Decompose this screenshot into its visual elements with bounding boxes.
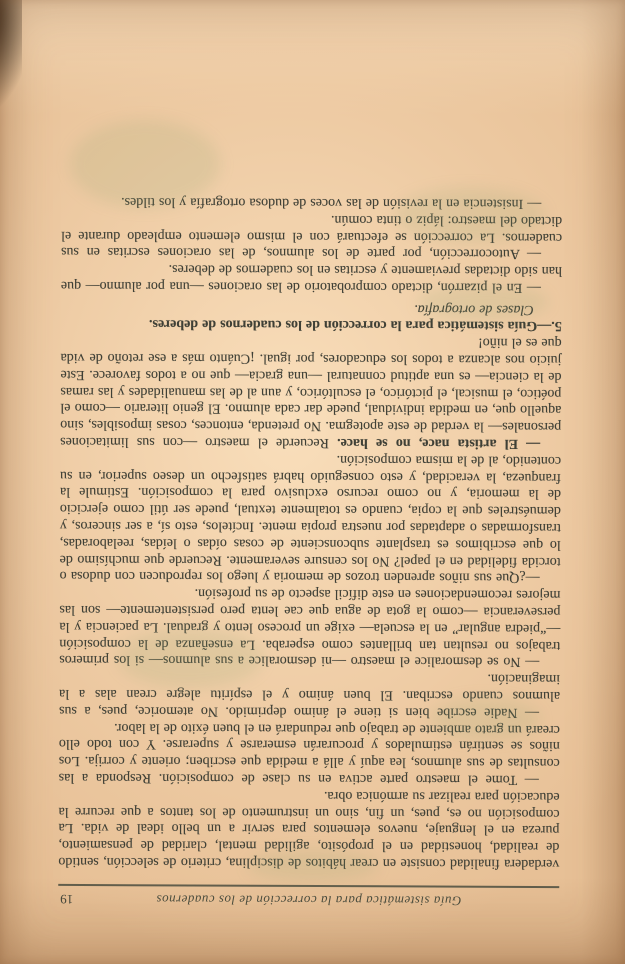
body-paragraph: — Insistencia en la revisión de las voce… [61,192,562,211]
body-paragraph: —¿Que sus niños aprenden trozos de memor… [60,449,562,586]
body-paragraph: — En el pizarrón, dictado comprobatorio … [61,259,562,295]
body-paragraph-continuation: verdadera finalidad consiste en crear há… [58,785,559,871]
page-number: 19 [60,891,73,907]
scanned-book-page: Guía sistemática para la corrección de l… [0,0,625,964]
body-paragraph: — Autocorrección, por parte de los alumn… [61,209,562,262]
section-heading: 5.—Guía sistemática para la corrección d… [61,315,562,334]
page-text-block: Guía sistemática para la corrección de l… [0,192,625,964]
body-text: verdadera finalidad consiste en crear há… [58,192,562,871]
book-page-rotated-180: Guía sistemática para la corrección de l… [0,0,625,964]
bold-lead-phrase: — El artista nace, no se hace. [337,435,540,451]
body-paragraph-artista: — El artista nace, no se hace. Recuerde … [60,331,562,451]
paragraph-rest: Recuerde el maestro —con sus limitacione… [60,335,562,450]
body-paragraph: — Nadie escribe bien si tiene el ánimo d… [59,667,560,720]
body-paragraph: — Tome el maestro parte activa en su cla… [59,718,560,787]
header-rule [58,884,559,888]
body-paragraph: — No se desmoralice el maestro —ni desmo… [59,583,560,669]
running-title: Guía sistemática para la corrección de l… [58,891,559,909]
subsection-heading: Clases de ortografía. [61,298,562,317]
running-header: Guía sistemática para la corrección de l… [58,890,559,909]
